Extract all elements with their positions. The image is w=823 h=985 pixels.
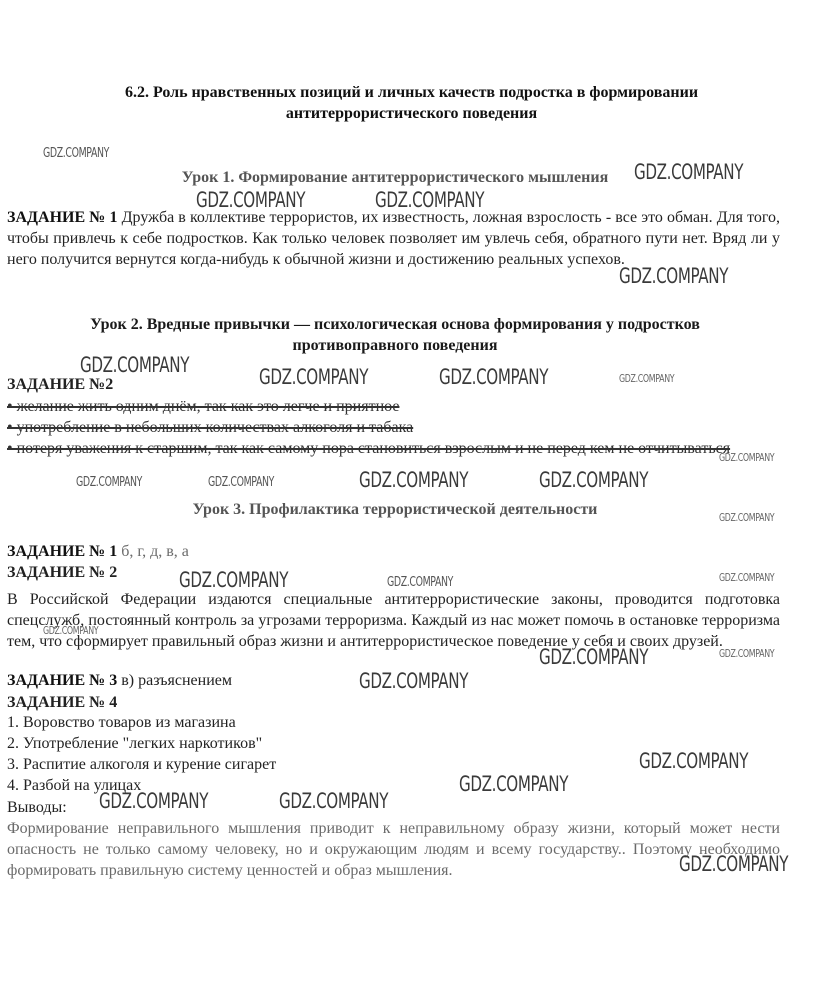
watermark: GDZ.COMPANY [43,146,109,161]
watermark: GDZ.COMPANY [76,475,142,490]
section-title-line1: 6.2. Роль нравственных позиций и личных … [0,82,823,103]
watermark: GDZ.COMPANY [539,468,648,492]
watermark: GDZ.COMPANY [639,749,748,773]
lesson3-task2-text: В Российской Федерации издаются специаль… [7,589,780,652]
list-item: 2. Употребление "легких наркотиков" [7,733,262,754]
watermark: GDZ.COMPANY [99,789,208,813]
watermark: GDZ.COMPANY [619,372,674,385]
watermark: GDZ.COMPANY [80,353,189,377]
lesson3-title: Урок 3. Профилактика террористической де… [0,499,790,520]
watermark: GDZ.COMPANY [719,647,774,660]
watermark: GDZ.COMPANY [719,571,774,584]
lesson3-task1: ЗАДАНИЕ № 1 б, г, д, в, а [7,541,189,562]
lesson3-task2-label: ЗАДАНИЕ № 2 [7,562,117,583]
task-text: Дружба в коллективе террористов, их изве… [7,209,780,268]
bullet-item: • потеря уважения к старшим, так как сам… [7,438,780,459]
watermark: GDZ.COMPANY [459,772,568,796]
lesson3-task4-label: ЗАДАНИЕ № 4 [7,692,117,713]
task-answer: б, г, д, в, а [121,543,189,560]
task-label: ЗАДАНИЕ № 1 [7,209,118,226]
watermark: GDZ.COMPANY [634,160,743,184]
section-title-line2: антитеррористического поведения [0,103,823,124]
list-item: 1. Воровство товаров из магазина [7,712,236,733]
conclusions-text: Формирование неправильного мышления прив… [7,818,780,881]
watermark: GDZ.COMPANY [359,669,468,693]
task-label: ЗАДАНИЕ № 1 [7,543,117,560]
watermark: GDZ.COMPANY [43,624,98,637]
lesson2-task2-label: ЗАДАНИЕ №2 [7,374,113,395]
lesson1-task1: ЗАДАНИЕ № 1 Дружба в коллективе террорис… [7,207,780,270]
bullet-item: • желание жить одним днём, так как это л… [7,396,399,417]
watermark: GDZ.COMPANY [719,511,774,524]
watermark: GDZ.COMPANY [208,475,274,490]
watermark: GDZ.COMPANY [719,451,774,464]
lesson2-title-line1: Урок 2. Вредные привычки — психологическ… [0,314,790,335]
document-page: 6.2. Роль нравственных позиций и личных … [0,0,823,985]
task-label: ЗАДАНИЕ № 3 [7,672,117,689]
conclusions-label: Выводы: [7,797,67,818]
watermark: GDZ.COMPANY [619,264,728,288]
watermark: GDZ.COMPANY [196,188,305,212]
watermark: GDZ.COMPANY [539,645,648,669]
bullet-item: • употребление в небольших количествах а… [7,417,413,438]
list-item: 3. Распитие алкоголя и курение сигарет [7,754,276,775]
watermark: GDZ.COMPANY [375,188,484,212]
lesson3-task3: ЗАДАНИЕ № 3 в) разъяснением [7,670,232,691]
task-answer: в) разъяснением [121,672,232,689]
watermark: GDZ.COMPANY [279,789,388,813]
watermark: GDZ.COMPANY [439,365,548,389]
watermark: GDZ.COMPANY [259,365,368,389]
watermark: GDZ.COMPANY [179,568,288,592]
watermark: GDZ.COMPANY [679,852,788,876]
watermark: GDZ.COMPANY [387,575,453,590]
watermark: GDZ.COMPANY [359,468,468,492]
